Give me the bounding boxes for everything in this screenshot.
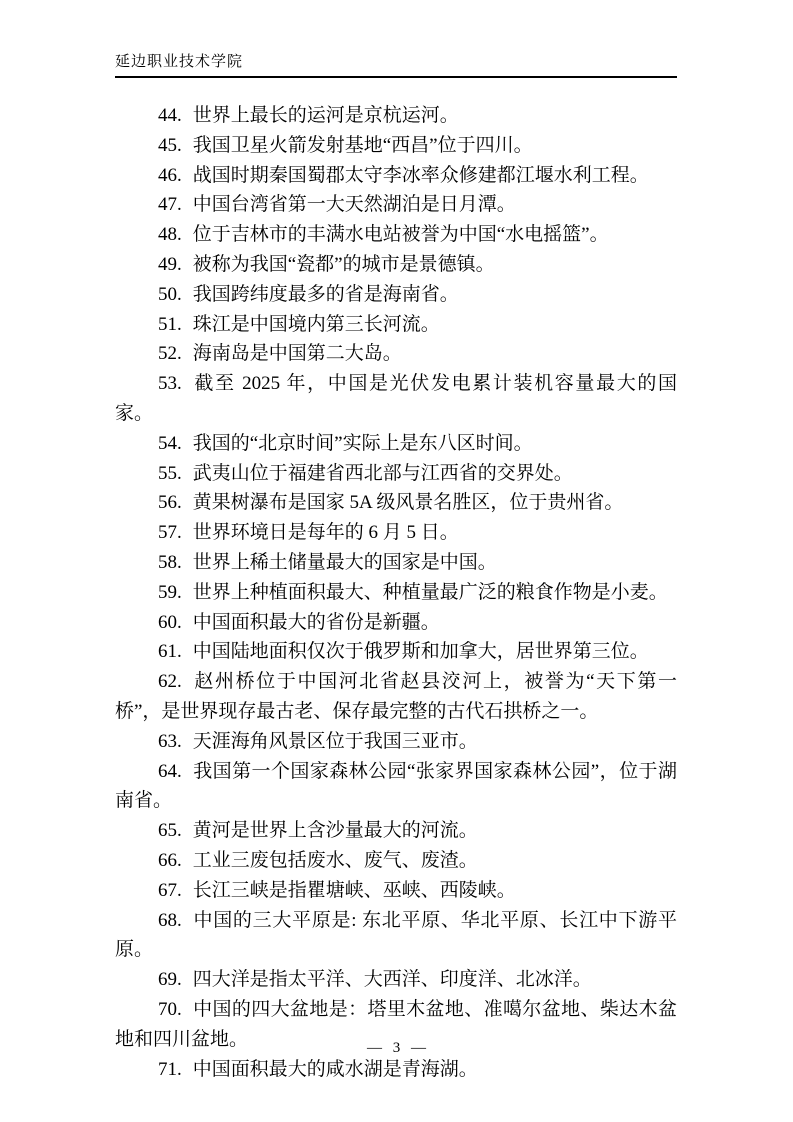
list-item: 71.中国面积最大的咸水湖是青海湖。 <box>115 1055 677 1085</box>
item-number: 58. <box>158 552 182 573</box>
list-item: 57.世界环境日是每年的 6 月 5 日。 <box>115 518 677 548</box>
item-number: 67. <box>158 880 182 901</box>
list-item: 68.中国的三大平原是: 东北平原、华北平原、长江中下游平原。 <box>115 906 677 966</box>
list-item: 63.天涯海角风景区位于我国三亚市。 <box>115 727 677 757</box>
item-text: 世界上稀土储量最大的国家是中国。 <box>193 552 497 573</box>
item-text: 截至 2025 年，中国是光伏发电累计装机容量最大的国家。 <box>115 373 677 424</box>
item-number: 63. <box>158 731 182 752</box>
page-footer: — 3 — <box>0 1038 793 1058</box>
item-text: 中国台湾省第一大天然湖泊是日月潭。 <box>193 194 516 215</box>
school-name: 延边职业技术学院 <box>115 54 243 70</box>
item-list: 44.世界上最长的运河是京杭运河。45.我国卫星火箭发射基地“西昌”位于四川。4… <box>115 101 677 1084</box>
item-number: 50. <box>158 284 182 305</box>
list-item: 59.世界上种植面积最大、种植量最广泛的粮食作物是小麦。 <box>115 578 677 608</box>
item-text: 黄果树瀑布是国家 5A 级风景名胜区，位于贵州省。 <box>193 492 624 513</box>
list-item: 60.中国面积最大的省份是新疆。 <box>115 608 677 638</box>
item-number: 65. <box>158 820 182 841</box>
list-item: 44.世界上最长的运河是京杭运河。 <box>115 101 677 131</box>
item-number: 62. <box>158 671 182 692</box>
item-number: 45. <box>158 135 182 156</box>
list-item: 46.战国时期秦国蜀郡太守李冰率众修建都江堰水利工程。 <box>115 161 677 191</box>
item-number: 60. <box>158 612 182 633</box>
item-text: 中国陆地面积仅次于俄罗斯和加拿大，居世界第三位。 <box>193 641 649 662</box>
list-item: 54.我国的“北京时间”实际上是东八区时间。 <box>115 429 677 459</box>
list-item: 62.赵州桥位于中国河北省赵县洨河上，被誉为“天下第一桥”，是世界现存最古老、保… <box>115 667 677 727</box>
page-number: — 3 — <box>367 1040 426 1056</box>
item-text: 黄河是世界上含沙量最大的河流。 <box>193 820 478 841</box>
list-item: 61.中国陆地面积仅次于俄罗斯和加拿大，居世界第三位。 <box>115 637 677 667</box>
item-text: 工业三废包括废水、废气、废渣。 <box>193 850 478 871</box>
list-item: 53.截至 2025 年，中国是光伏发电累计装机容量最大的国家。 <box>115 369 677 429</box>
item-number: 71. <box>158 1059 182 1080</box>
item-number: 46. <box>158 165 182 186</box>
list-item: 52.海南岛是中国第二大岛。 <box>115 339 677 369</box>
item-text: 我国的“北京时间”实际上是东八区时间。 <box>193 433 533 454</box>
item-number: 61. <box>158 641 182 662</box>
item-number: 51. <box>158 314 182 335</box>
item-number: 69. <box>158 969 182 990</box>
list-item: 55.武夷山位于福建省西北部与江西省的交界处。 <box>115 459 677 489</box>
item-text: 中国面积最大的咸水湖是青海湖。 <box>193 1059 478 1080</box>
item-text: 中国面积最大的省份是新疆。 <box>193 612 440 633</box>
item-text: 我国跨纬度最多的省是海南省。 <box>193 284 459 305</box>
item-number: 52. <box>158 343 182 364</box>
list-item: 45.我国卫星火箭发射基地“西昌”位于四川。 <box>115 131 677 161</box>
list-item: 49.被称为我国“瓷都”的城市是景德镇。 <box>115 250 677 280</box>
list-item: 51.珠江是中国境内第三长河流。 <box>115 310 677 340</box>
list-item: 48.位于吉林市的丰满水电站被誉为中国“水电摇篮”。 <box>115 220 677 250</box>
item-text: 武夷山位于福建省西北部与江西省的交界处。 <box>193 463 573 484</box>
list-item: 58.世界上稀土储量最大的国家是中国。 <box>115 548 677 578</box>
item-number: 44. <box>158 105 182 126</box>
item-text: 世界上种植面积最大、种植量最广泛的粮食作物是小麦。 <box>193 582 668 603</box>
item-text: 我国卫星火箭发射基地“西昌”位于四川。 <box>193 135 533 156</box>
item-text: 我国第一个国家森林公园“张家界国家森林公园”，位于湖南省。 <box>115 761 677 812</box>
item-number: 70. <box>158 999 182 1020</box>
item-text: 位于吉林市的丰满水电站被誉为中国“水电摇篮”。 <box>193 224 609 245</box>
item-text: 珠江是中国境内第三长河流。 <box>193 314 440 335</box>
item-number: 59. <box>158 582 182 603</box>
list-item: 56.黄果树瀑布是国家 5A 级风景名胜区，位于贵州省。 <box>115 488 677 518</box>
item-number: 64. <box>158 761 182 782</box>
item-text: 天涯海角风景区位于我国三亚市。 <box>193 731 478 752</box>
item-text: 海南岛是中国第二大岛。 <box>193 343 402 364</box>
item-text: 战国时期秦国蜀郡太守李冰率众修建都江堰水利工程。 <box>193 165 649 186</box>
document-page: 延边职业技术学院 44.世界上最长的运河是京杭运河。45.我国卫星火箭发射基地“… <box>0 0 793 1122</box>
item-text: 世界上最长的运河是京杭运河。 <box>193 105 459 126</box>
item-text: 四大洋是指太平洋、大西洋、印度洋、北冰洋。 <box>193 969 592 990</box>
item-text: 赵州桥位于中国河北省赵县洨河上，被誉为“天下第一桥”，是世界现存最古老、保存最完… <box>115 671 677 722</box>
item-number: 68. <box>158 910 182 931</box>
item-number: 54. <box>158 433 182 454</box>
item-text: 中国的三大平原是: 东北平原、华北平原、长江中下游平原。 <box>115 910 677 961</box>
item-number: 55. <box>158 463 182 484</box>
list-item: 65.黄河是世界上含沙量最大的河流。 <box>115 816 677 846</box>
item-text: 长江三峡是指瞿塘峡、巫峡、西陵峡。 <box>193 880 516 901</box>
item-number: 53. <box>158 373 182 394</box>
list-item: 66.工业三废包括废水、废气、废渣。 <box>115 846 677 876</box>
item-number: 57. <box>158 522 182 543</box>
page-header: 延边职业技术学院 <box>115 52 677 78</box>
list-item: 67.长江三峡是指瞿塘峡、巫峡、西陵峡。 <box>115 876 677 906</box>
list-item: 50.我国跨纬度最多的省是海南省。 <box>115 280 677 310</box>
item-text: 世界环境日是每年的 6 月 5 日。 <box>193 522 459 543</box>
item-number: 56. <box>158 492 182 513</box>
list-item: 69.四大洋是指太平洋、大西洋、印度洋、北冰洋。 <box>115 965 677 995</box>
item-number: 66. <box>158 850 182 871</box>
item-number: 47. <box>158 194 182 215</box>
list-item: 47.中国台湾省第一大天然湖泊是日月潭。 <box>115 190 677 220</box>
list-item: 64.我国第一个国家森林公园“张家界国家森林公园”，位于湖南省。 <box>115 757 677 817</box>
item-number: 49. <box>158 254 182 275</box>
item-text: 被称为我国“瓷都”的城市是景德镇。 <box>193 254 495 275</box>
item-number: 48. <box>158 224 182 245</box>
